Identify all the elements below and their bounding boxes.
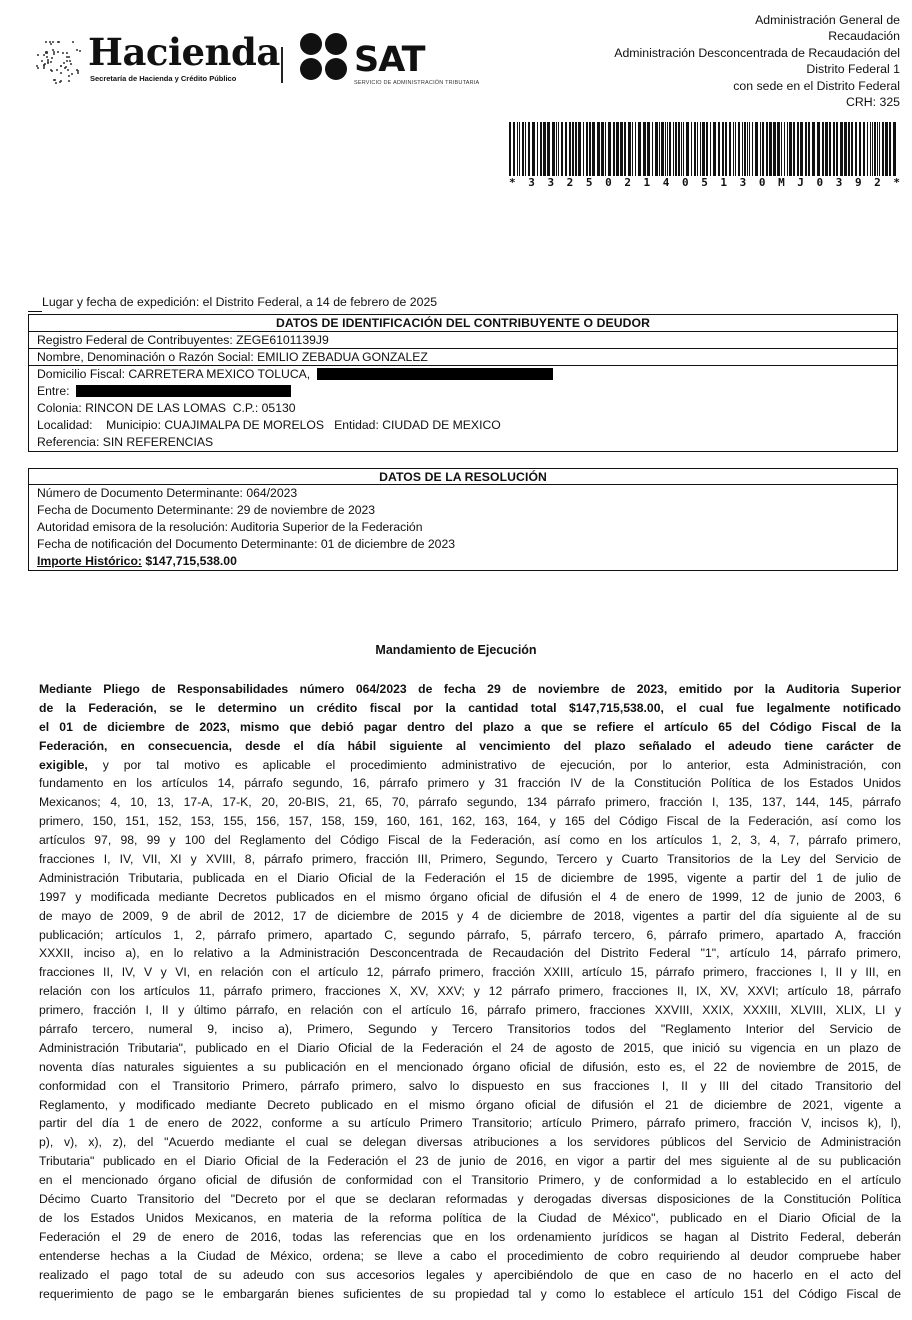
body-line: en el mencionado órgano oficial de difus… xyxy=(39,1171,901,1190)
sat-logo: SAT SERVICIO DE ADMINISTRACIÓN TRIBUTARI… xyxy=(300,33,540,88)
body-line: Décimo Cuarto Transitorio del "Decreto p… xyxy=(39,1190,901,1209)
resolution-data-table: DATOS DE LA RESOLUCIÓN Número de Documen… xyxy=(28,468,898,571)
contributor-data-table: DATOS DE IDENTIFICACIÓN DEL CONTRIBUYENT… xyxy=(28,314,898,452)
body-line: artículos 97, 98, 99 y 100 del Reglament… xyxy=(39,831,901,850)
agency-line: Administración Desconcentrada de Recauda… xyxy=(520,45,900,61)
body-line: Federación, en consecuencia, desde el dí… xyxy=(39,737,901,756)
body-line: primero, fracción I, II y último párrafo… xyxy=(39,1001,901,1020)
amount-value: $147,715,538.00 xyxy=(145,554,237,568)
body-line: Mexicanos; 4, 10, 13, 17-A, 17-K, 20, 20… xyxy=(39,793,901,812)
body-line: de la Federación, se le determino un cré… xyxy=(39,699,901,718)
body-line: XXXII, inciso a), en lo relativo a la Ad… xyxy=(39,944,901,963)
body-line: conformidad con el Transitorio Primero, … xyxy=(39,1077,901,1096)
address-field: Domicilio Fiscal: CARRETERA MEXICO TOLUC… xyxy=(29,366,897,383)
body-line: relación con los artículos 11, párrafo p… xyxy=(39,982,901,1001)
redaction-bar xyxy=(317,368,553,380)
body-line: requerimiento de pago se le embargarán b… xyxy=(39,1285,901,1304)
body-line: Administración Tributaria, publicada en … xyxy=(39,869,901,888)
body-line: exigible, y por tal motivo es aplicable … xyxy=(39,756,901,775)
hacienda-wordmark: Hacienda xyxy=(88,30,280,74)
body-line: Tributaria" publicado en el Diario Ofici… xyxy=(39,1152,901,1171)
body-line: publicación; artículos 1, 2, párrafo pri… xyxy=(39,926,901,945)
place-underline xyxy=(28,311,42,312)
body-line: de mayo de 2009, 9 de abril de 2012, 17 … xyxy=(39,907,901,926)
body-line: realizado el pago total de su adeudo con… xyxy=(39,1266,901,1285)
body-paragraph: Mediante Pliego de Responsabilidades núm… xyxy=(39,680,901,1303)
body-line: primero, 150, 151, 152, 153, 155, 156, 1… xyxy=(39,812,901,831)
body-line: Mediante Pliego de Responsabilidades núm… xyxy=(39,680,901,699)
body-line: entenderse hechas a la Ciudad de México,… xyxy=(39,1247,901,1266)
agency-line: Recaudación xyxy=(520,28,900,44)
barcode-text: *3325021405130MJ0392* xyxy=(509,176,900,190)
name-field: Nombre, Denominación o Razón Social: EMI… xyxy=(29,349,897,366)
body-line: 1997 y modificada mediante Decretos publ… xyxy=(39,888,901,907)
national-emblem-icon xyxy=(32,36,82,82)
body-line: fracciones I, IV, VII, XI y XVIII, 8, pá… xyxy=(39,850,901,869)
body-line: fracciones II, IV, V y VI, en relación c… xyxy=(39,963,901,982)
sat-subtitle: SERVICIO DE ADMINISTRACIÓN TRIBUTARIA xyxy=(354,80,479,86)
agency-line: Distrito Federal 1 xyxy=(520,61,900,77)
agency-line: CRH: 325 xyxy=(520,94,900,110)
logo-divider xyxy=(281,47,283,83)
document-title: Mandamiento de Ejecución xyxy=(0,643,912,657)
sat-wordmark: SAT xyxy=(354,43,424,77)
sat-dots-icon xyxy=(300,33,348,81)
reference-field: Referencia: SIN REFERENCIAS xyxy=(29,434,897,451)
issuing-agency: Administración General de Recaudación Ad… xyxy=(520,12,900,110)
agency-line: con sede en el Distrito Federal xyxy=(520,78,900,94)
body-line: Federación el 29 de enero de 2016, todas… xyxy=(39,1228,901,1247)
historic-amount-field: Importe Histórico: $147,715,538.00 xyxy=(29,553,897,570)
locality-field: Localidad: Municipio: CUAJIMALPA DE MORE… xyxy=(29,417,897,434)
body-line: el 01 de diciembre de 2023, mismo que de… xyxy=(39,718,901,737)
notification-date-field: Fecha de notificación del Documento Dete… xyxy=(29,536,897,553)
address-label: Domicilio Fiscal: CARRETERA MEXICO TOLUC… xyxy=(37,367,310,381)
issuing-authority-field: Autoridad emisora de la resolución: Audi… xyxy=(29,519,897,536)
body-line: Reglamento, y modificado mediante Decret… xyxy=(39,1096,901,1115)
body-line: partir del día 1 de enero de 2022, confo… xyxy=(39,1114,901,1133)
body-line: noventa días naturales siguientes a su p… xyxy=(39,1058,901,1077)
redaction-bar xyxy=(76,385,291,397)
rfc-field: Registro Federal de Contribuyentes: ZEGE… xyxy=(29,332,897,349)
place-date: Lugar y fecha de expedición: el Distrito… xyxy=(42,295,437,309)
colonia-field: Colonia: RINCON DE LAS LOMAS C.P.: 05130 xyxy=(29,400,897,417)
amount-label: Importe Histórico: xyxy=(37,554,142,568)
barcode: *3325021405130MJ0392* xyxy=(509,122,900,188)
hacienda-subtitle: Secretaría de Hacienda y Crédito Público xyxy=(90,74,236,83)
barcode-bars xyxy=(509,122,900,176)
body-line: Administración Tributaria", publicado en… xyxy=(39,1039,901,1058)
body-line: p), v), x), z), del "Acuerdo mediante el… xyxy=(39,1133,901,1152)
hacienda-logo: Hacienda Secretaría de Hacienda y Crédit… xyxy=(32,30,272,90)
body-line: párrafo tercero, numeral 9, inciso a), P… xyxy=(39,1020,901,1039)
between-label: Entre: xyxy=(37,384,70,398)
contributor-heading: DATOS DE IDENTIFICACIÓN DEL CONTRIBUYENT… xyxy=(29,315,897,332)
document-number-field: Número de Documento Determinante: 064/20… xyxy=(29,485,897,502)
body-line: fundamento en los artículos 14, párrafo … xyxy=(39,774,901,793)
agency-line: Administración General de xyxy=(520,12,900,28)
body-line: de los Estados Unidos Mexicanos, en mate… xyxy=(39,1209,901,1228)
document-date-field: Fecha de Documento Determinante: 29 de n… xyxy=(29,502,897,519)
resolution-heading: DATOS DE LA RESOLUCIÓN xyxy=(29,468,897,485)
between-streets-field: Entre: xyxy=(29,383,897,400)
